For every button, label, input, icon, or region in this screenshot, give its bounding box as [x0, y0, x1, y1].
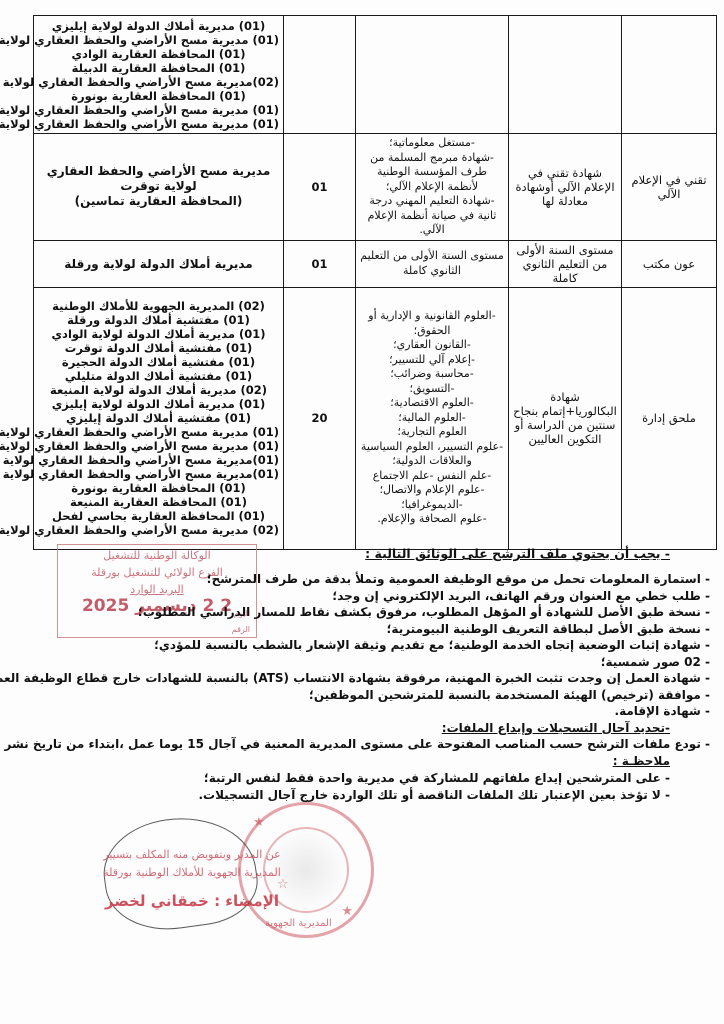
- table-row: ملحق إدارة شهادة البكالوريا+إتمام بنجاح …: [34, 287, 717, 549]
- grade-cell: ملحق إدارة: [622, 287, 717, 549]
- specialty-item: -علوم الصحافة والإعلام.: [360, 512, 504, 527]
- locations-cell: مديرية أملاك الدولة لولاية ورقلة: [34, 240, 284, 287]
- specialty-cell: مستوى السنة الأولى من التعليم الثانوي كا…: [356, 240, 509, 287]
- document-item: - موافقة (ترخيص) الهيئة المستخدمة بالنسب…: [20, 687, 710, 704]
- location-item: مديرية مسح الأراضي والحفظ العقاري لولاية…: [38, 164, 279, 194]
- location-item: (01) مفتشية أملاك الدولة توقرت: [38, 341, 279, 355]
- specialty-item: -علم النفس -علم الاجتماع: [360, 469, 504, 484]
- qualification-cell: شهادة تقني في الإعلام الآلي أوشهادة معاد…: [509, 134, 622, 241]
- documents-heading: - يجب أن يحتوي ملف الترشح على الوثائق ال…: [20, 546, 670, 561]
- location-item: (02) مديرية مسح الأراضي والحفظ العقاري ل…: [38, 523, 279, 537]
- location-item: (01) مفتشية أملاك الدولة الحجيرة: [38, 355, 279, 369]
- count-cell: 01: [284, 240, 356, 287]
- documents-section: - يجب أن يحتوي ملف الترشح على الوثائق ال…: [20, 546, 710, 804]
- document-item: - 02 صور شمسية؛: [20, 654, 710, 671]
- location-item: (01) المحافظة العقارية بونورة: [38, 89, 279, 103]
- location-item: (01) مفتشية أملاك الدولة إيليزي: [38, 411, 279, 425]
- specialty-item: -شهادة مبرمج المسلمة من طرف المؤسسة الوط…: [360, 151, 504, 195]
- location-item: (01)مديرية مسح الأراضي والحفظ العقاري لو…: [38, 467, 279, 481]
- location-item: (02) المديرية الجهوية للأملاك الوطنية: [38, 299, 279, 313]
- note-item: - على المترشحين إيداع ملفاتهم للمشاركة ف…: [20, 770, 670, 787]
- location-item: (02) مديرية أملاك الدولة لولاية المنيعة: [38, 383, 279, 397]
- signature-line-1: عن المدير وبتفويض منه المكلف بتسيير: [92, 846, 292, 864]
- signature-block: عن المدير وبتفويض منه المكلف بتسيير المد…: [92, 846, 292, 910]
- specialty-item: -الديموغرافيا؛: [360, 498, 504, 513]
- location-item: (01) مفتشية أملاك الدولة متليلي: [38, 369, 279, 383]
- specialty-item: -علوم الإعلام والاتصال؛: [360, 483, 504, 498]
- specialty-item: -العلوم الاقتصادية؛: [360, 396, 504, 411]
- specialty-item: -العلوم المالية؛: [360, 411, 504, 426]
- specialty-item: -العلوم القانونية و الإدارية أو الحقوق؛: [360, 309, 504, 338]
- document-item: - شهادة الإقامة.: [20, 703, 710, 720]
- star-icon: ★: [341, 904, 353, 919]
- location-item: (01) مديرية مسح الأراضي والحفظ العقاري ل…: [38, 425, 279, 439]
- specialty-item: -مستغل معلوماتية؛: [360, 136, 504, 151]
- location-item: (01) مديرية مسح الأراضي والحفظ العقاري ل…: [38, 103, 279, 117]
- document-item: - طلب خطي مع العنوان ورقم الهاتف، البريد…: [20, 588, 710, 605]
- location-item: (01) مديرية مسح الأراضي والحفظ العقاري ل…: [38, 439, 279, 453]
- signature-line-2: المديرية الجهوية للأملاك الوطنية بورقلة: [92, 864, 292, 882]
- location-item: (01) المحافظة العقارية المنيعة: [38, 495, 279, 509]
- specialty-item: -شهادة التعليم المهني درجة ثانية في صيان…: [360, 194, 504, 238]
- location-item: (01) المحافظة العقارية الوادي: [38, 47, 279, 61]
- locations-cell: (02) المديرية الجهوية للأملاك الوطنية (0…: [34, 287, 284, 549]
- specialty-cell: [356, 16, 509, 134]
- location-item: (01) مديرية أملاك الدولة لولاية الوادي: [38, 327, 279, 341]
- specialty-item: -القانون العقاري؛: [360, 338, 504, 353]
- count-cell: 20: [284, 287, 356, 549]
- document-item: - نسخة طبق الأصل للشهادة أو المؤهل المطل…: [20, 604, 710, 621]
- location-item: مديرية أملاك الدولة لولاية ورقلة: [38, 257, 279, 271]
- document-item: - شهادة إثبات الوضعية إتجاه الخدمة الوطن…: [20, 637, 710, 654]
- grade-cell: عون مكتب: [622, 240, 717, 287]
- star-icon: ★: [253, 815, 265, 830]
- location-item: (01)مديرية مسح الأراضي والحفظ العقاري لو…: [38, 453, 279, 467]
- grade-cell: تقني في الإعلام الآلي: [622, 134, 717, 241]
- grade-cell: [622, 16, 717, 134]
- location-item: (01) مفتشية أملاك الدولة ورقلة: [38, 313, 279, 327]
- round-stamp-text: المديرية الجهوية: [265, 918, 332, 929]
- specialty-item: -محاسبة وضرائب؛: [360, 367, 504, 382]
- location-item: (01) مديرية مسح الأراضي والحفظ العقاري ل…: [38, 33, 279, 47]
- positions-table: (01) مديرية أملاك الدولة لولاية إيليزي (…: [33, 15, 717, 550]
- count-cell: 01: [284, 134, 356, 241]
- location-item: (02)مديرية مسح الأراضي والحفظ العقاري لو…: [38, 75, 279, 89]
- location-item: (01) المحافظة العقارية الدبيلة: [38, 61, 279, 75]
- specialty-item: -علوم التسيير، العلوم السياسية والعلاقات…: [360, 440, 504, 469]
- qualification-cell: [509, 16, 622, 134]
- specialty-item: -التسويق؛: [360, 382, 504, 397]
- location-item: (01) المحافظة العقارية بحاسي لفحل: [38, 509, 279, 523]
- locations-cell: مديرية مسح الأراضي والحفظ العقاري لولاية…: [34, 134, 284, 241]
- qualification-cell: شهادة البكالوريا+إتمام بنجاح سنتين من ال…: [509, 287, 622, 549]
- table-row: تقني في الإعلام الآلي شهادة تقني في الإع…: [34, 134, 717, 241]
- document-item: - شهادة العمل إن وجدت تثبت الخبرة المهني…: [20, 670, 710, 687]
- specialty-cell: -العلوم القانونية و الإدارية أو الحقوق؛ …: [356, 287, 509, 549]
- table-row: عون مكتب مستوى السنة الأولى من التعليم ا…: [34, 240, 717, 287]
- location-item: (01) المحافظة العقارية بونورة: [38, 481, 279, 495]
- count-cell: [284, 16, 356, 134]
- specialty-cell: -مستغل معلوماتية؛ -شهادة مبرمج المسلمة م…: [356, 134, 509, 241]
- document-item: - استمارة المعلومات تحمل من موقع الوظيفة…: [20, 571, 710, 588]
- table-row: (01) مديرية أملاك الدولة لولاية إيليزي (…: [34, 16, 717, 134]
- location-item: (01) مديرية أملاك الدولة لولاية إيليزي: [38, 397, 279, 411]
- location-item: (المحافظة العقارية تماسين): [38, 194, 279, 209]
- signatory-name: الإمضاء : خمقاني لخضر: [92, 892, 292, 910]
- specialty-item: العلوم التجارية؛: [360, 425, 504, 440]
- notes-heading: ملاحظـة :: [20, 752, 670, 770]
- specialty-item: مستوى السنة الأولى من التعليم الثانوي كا…: [360, 249, 504, 278]
- deadlines-text: - تودع ملفات الترشح حسب المناصب المفتوحة…: [20, 736, 710, 753]
- deadlines-heading: -تحديد آجال التسجيلات وإيداع الملفات:: [20, 720, 670, 736]
- qualification-cell: مستوى السنة الأولى من التعليم الثانوي كا…: [509, 240, 622, 287]
- specialty-item: -إعلام آلي للتسيير؛: [360, 353, 504, 368]
- location-item: (01) مديرية أملاك الدولة لولاية إيليزي: [38, 19, 279, 33]
- document-item: - نسخة طبق الأصل لبطاقة التعريف الوطنية …: [20, 621, 710, 638]
- location-item: (01) مديرية مسح الأراضي والحفظ العقاري ل…: [38, 117, 279, 131]
- note-item: - لا تؤخذ بعين الإعتبار تلك الملفات النا…: [20, 787, 670, 804]
- locations-cell: (01) مديرية أملاك الدولة لولاية إيليزي (…: [34, 16, 284, 134]
